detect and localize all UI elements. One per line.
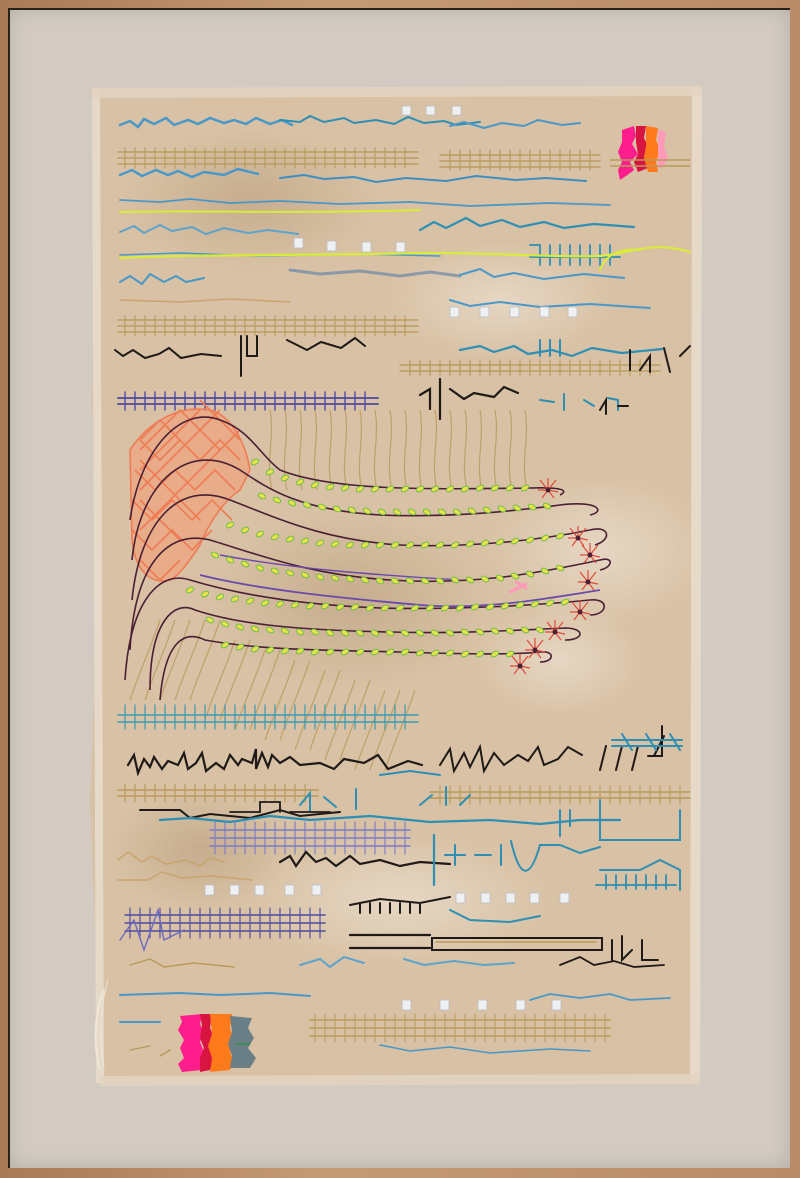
bottom-left-yarn-swatch	[178, 1014, 256, 1072]
embroidered-textile	[0, 0, 800, 1178]
